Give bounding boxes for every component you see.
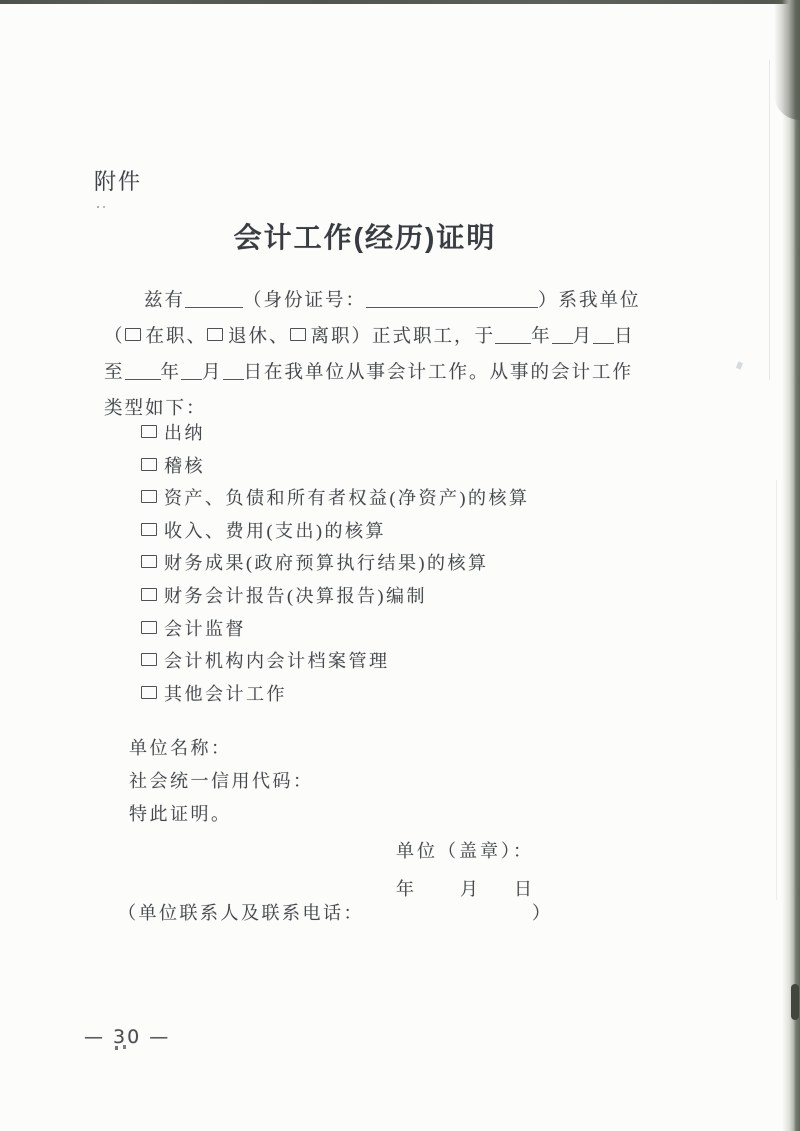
attachment-label: 附件 <box>94 165 142 196</box>
unit-info-block: 单位名称： 社会统一信用代码： 特此证明。 <box>129 732 314 831</box>
scanned-document-page: 附件 会计工作(经历)证明 兹有（身份证号：）系我单位 （在职、退休、离职）正式… <box>0 0 800 1131</box>
work-type-label: 资产、负债和所有者权益(净资产)的核算 <box>164 488 530 508</box>
checkbox-icon <box>125 328 141 341</box>
page-title: 会计工作(经历)证明 <box>0 216 730 256</box>
scan-edge-right <box>782 0 800 1131</box>
work-type-list: 出纳 稽核 资产、负债和所有者权益(净资产)的核算 收入、费用(支出)的核算 财… <box>141 417 530 710</box>
checkbox-icon <box>141 686 157 699</box>
seal-block: 单位（盖章）： 年月日 <box>396 837 534 901</box>
start-month-blank-field <box>552 329 573 344</box>
intro-line1-post: ）系我单位 <box>538 291 641 311</box>
checkbox-icon <box>290 328 306 341</box>
scan-corner-top-right <box>774 0 800 120</box>
intro-line-3: 至年月日在我单位从事会计工作。从事的会计工作 <box>104 355 664 391</box>
id-number-blank-field <box>366 293 538 308</box>
intro-paragraph: 兹有（身份证号：）系我单位 （在职、退休、离职）正式职工，于年月日 至年月日在我… <box>104 283 664 427</box>
checkbox-icon <box>141 621 157 634</box>
work-type-item: 会计监督 <box>141 613 530 646</box>
seal-year-label: 年 <box>396 879 414 899</box>
seal-label: 单位（盖章）： <box>396 837 534 863</box>
work-type-item: 财务会计报告(决算报告)编制 <box>141 580 530 613</box>
intro-line3-post: 日在我单位从事会计工作。从事的会计工作 <box>244 363 634 383</box>
year-label: 年 <box>161 363 182 383</box>
work-type-item: 资产、负债和所有者权益(净资产)的核算 <box>141 482 530 515</box>
checkbox-icon <box>141 425 157 438</box>
intro-line3-pre: 至 <box>104 363 125 383</box>
end-year-blank-field <box>125 365 161 380</box>
scan-speck <box>97 206 99 208</box>
work-type-item: 出纳 <box>141 417 530 450</box>
name-blank-field <box>185 293 243 308</box>
work-type-label: 会计监督 <box>164 619 246 639</box>
end-month-blank-field <box>181 365 202 380</box>
work-type-label: 财务会计报告(决算报告)编制 <box>164 586 427 606</box>
end-day-blank-field <box>223 365 244 380</box>
day-label: 日 <box>614 327 635 347</box>
work-type-label: 稽核 <box>164 456 205 476</box>
intro-line-2: （在职、退休、离职）正式职工，于年月日 <box>104 319 664 355</box>
work-type-item: 财务成果(政府预算执行结果)的核算 <box>141 547 530 580</box>
intro-line1-pre: 兹有 <box>144 291 185 311</box>
checkbox-icon <box>141 490 157 503</box>
option-departed-label: 离职）正式职工，于 <box>311 327 496 347</box>
intro-line4-text: 类型如下： <box>104 399 207 419</box>
work-type-label: 会计机构内会计档案管理 <box>164 651 390 671</box>
year-label: 年 <box>531 327 552 347</box>
checkbox-icon <box>141 523 157 536</box>
scan-fold-line <box>769 60 770 380</box>
scan-fold-line <box>776 480 777 900</box>
work-type-item: 其他会计工作 <box>141 678 530 711</box>
checkbox-icon <box>141 555 157 568</box>
option-retired-label: 退休、 <box>228 327 290 347</box>
seal-date-line: 年月日 <box>396 875 534 901</box>
scan-blob-bottom-right <box>791 984 799 1020</box>
start-day-blank-field <box>593 329 614 344</box>
work-type-item: 稽核 <box>141 450 530 483</box>
checkbox-icon <box>207 328 223 341</box>
checkbox-icon <box>141 458 157 471</box>
contact-line: （单位联系人及联系电话：） <box>118 899 553 925</box>
option-employed-label: 在职、 <box>146 327 208 347</box>
seal-month-label: 月 <box>460 879 478 899</box>
checkbox-icon <box>141 653 157 666</box>
unit-name-label: 单位名称： <box>129 732 314 765</box>
start-year-blank-field <box>495 329 531 344</box>
page-number: — 30 — <box>84 1026 170 1048</box>
intro-line2-open: （ <box>104 327 125 347</box>
contact-open-text: （单位联系人及联系电话： <box>118 903 364 923</box>
closing-statement: 特此证明。 <box>129 798 314 831</box>
intro-line1-mid: （身份证号： <box>243 291 366 311</box>
work-type-label: 出纳 <box>164 423 205 443</box>
scan-edge-top <box>0 0 800 4</box>
checkbox-icon <box>141 588 157 601</box>
intro-line-1: 兹有（身份证号：）系我单位 <box>104 283 664 319</box>
work-type-label: 收入、费用(支出)的核算 <box>164 521 386 541</box>
work-type-item: 会计机构内会计档案管理 <box>141 645 530 678</box>
work-type-label: 财务成果(政府预算执行结果)的核算 <box>164 553 489 573</box>
credit-code-label: 社会统一信用代码： <box>129 765 314 798</box>
contact-close-text: ） <box>532 903 553 923</box>
month-label: 月 <box>573 327 594 347</box>
work-type-label: 其他会计工作 <box>164 684 287 704</box>
scan-speck <box>736 361 743 369</box>
work-type-item: 收入、费用(支出)的核算 <box>141 515 530 548</box>
month-label: 月 <box>202 363 223 383</box>
seal-day-label: 日 <box>514 879 532 899</box>
